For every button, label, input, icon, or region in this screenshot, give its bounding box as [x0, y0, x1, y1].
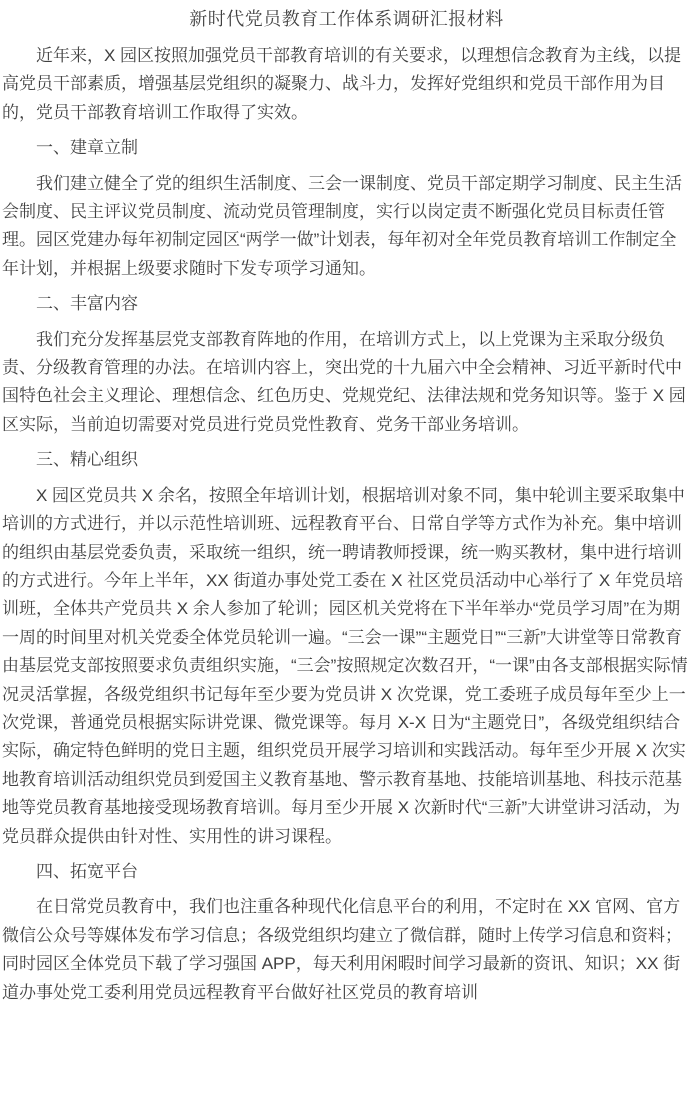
section-heading-4: 四、拓宽平台 — [2, 858, 691, 886]
document-title: 新时代党员教育工作体系调研汇报材料 — [2, 5, 691, 34]
section-heading-1: 一、建章立制 — [2, 134, 691, 162]
section-heading-3: 三、精心组织 — [2, 446, 691, 474]
document-page: 新时代党员教育工作体系调研汇报材料 近年来，X 园区按照加强党员干部教育培训的有… — [0, 0, 693, 1097]
section-heading-2: 二、丰富内容 — [2, 290, 691, 318]
section-4-paragraph: 在日常党员教育中，我们也注重各种现代化信息平台的利用，不定时在 XX 官网、官方… — [2, 893, 691, 1007]
section-1-paragraph: 我们建立健全了党的组织生活制度、三会一课制度、党员干部定期学习制度、民主生活会制… — [2, 170, 691, 284]
section-3-paragraph: X 园区党员共 X 余名，按照全年培训计划，根据培训对象不同，集中轮训主要采取集… — [2, 482, 691, 851]
section-2-paragraph: 我们充分发挥基层党支部教育阵地的作用，在培训方式上，以上党课为主采取分级负责、分… — [2, 326, 691, 440]
intro-paragraph: 近年来，X 园区按照加强党员干部教育培训的有关要求，以理想信念教育为主线，以提高… — [2, 42, 691, 127]
